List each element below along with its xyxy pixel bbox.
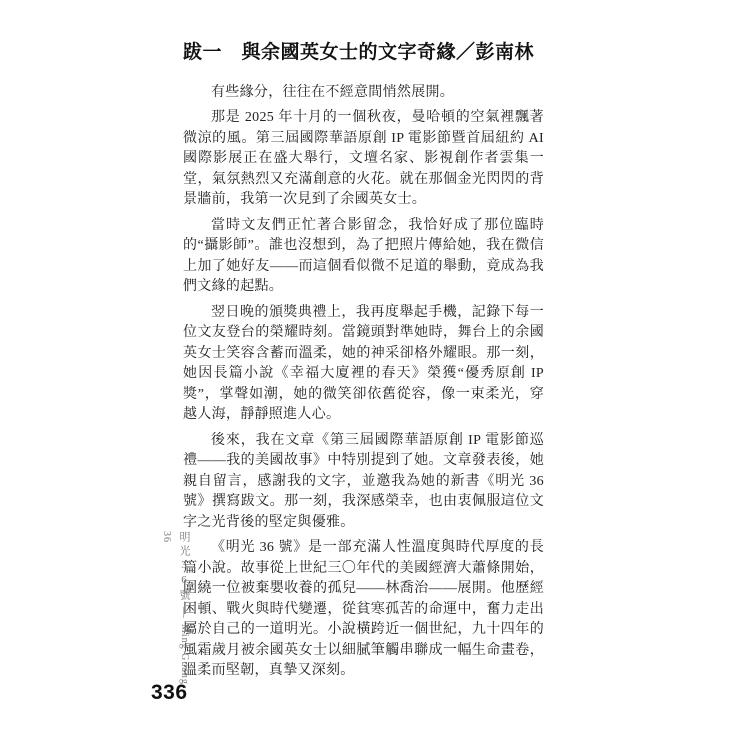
page-title: 跋一 與余國英女士的文字奇緣／彭南林	[183, 42, 544, 65]
paragraph-5: 後來，我在文章《第三屆國際華語原創 IP 電影節巡禮——我的美國故事》中特別提到…	[183, 431, 544, 534]
spine-caption: 明光36號—Ming Guang 36	[157, 531, 193, 691]
paragraph-4: 翌日晚的頒獎典禮上，我再度舉起手機，記錄下每一位文友登台的榮耀時刻。當鏡頭對準她…	[183, 303, 544, 426]
page-number: 336	[151, 681, 188, 705]
paragraph-1: 有些緣分，往往在不經意間悄然展開。	[183, 83, 544, 104]
paragraph-3: 當時文友們正忙著合影留念，我恰好成了那位臨時的“攝影師”。誰也沒想到，為了把照片…	[183, 216, 544, 298]
book-page: 跋一 與余國英女士的文字奇緣／彭南林 有些緣分，往往在不經意間悄然展開。 那是 …	[0, 0, 750, 750]
page-content: 跋一 與余國英女士的文字奇緣／彭南林 有些緣分，往往在不經意間悄然展開。 那是 …	[183, 42, 544, 687]
paragraph-6: 《明光 36 號》是一部充滿人性溫度與時代厚度的長篇小說。故事從上世紀三〇年代的…	[183, 538, 544, 682]
paragraph-2: 那是 2025 年十月的一個秋夜，曼哈頓的空氣裡飄著微涼的風。第三屆國際華語原創…	[183, 108, 544, 211]
spine-dash: —	[178, 607, 190, 618]
spine-book-title-cjk: 明光36號	[178, 531, 190, 603]
